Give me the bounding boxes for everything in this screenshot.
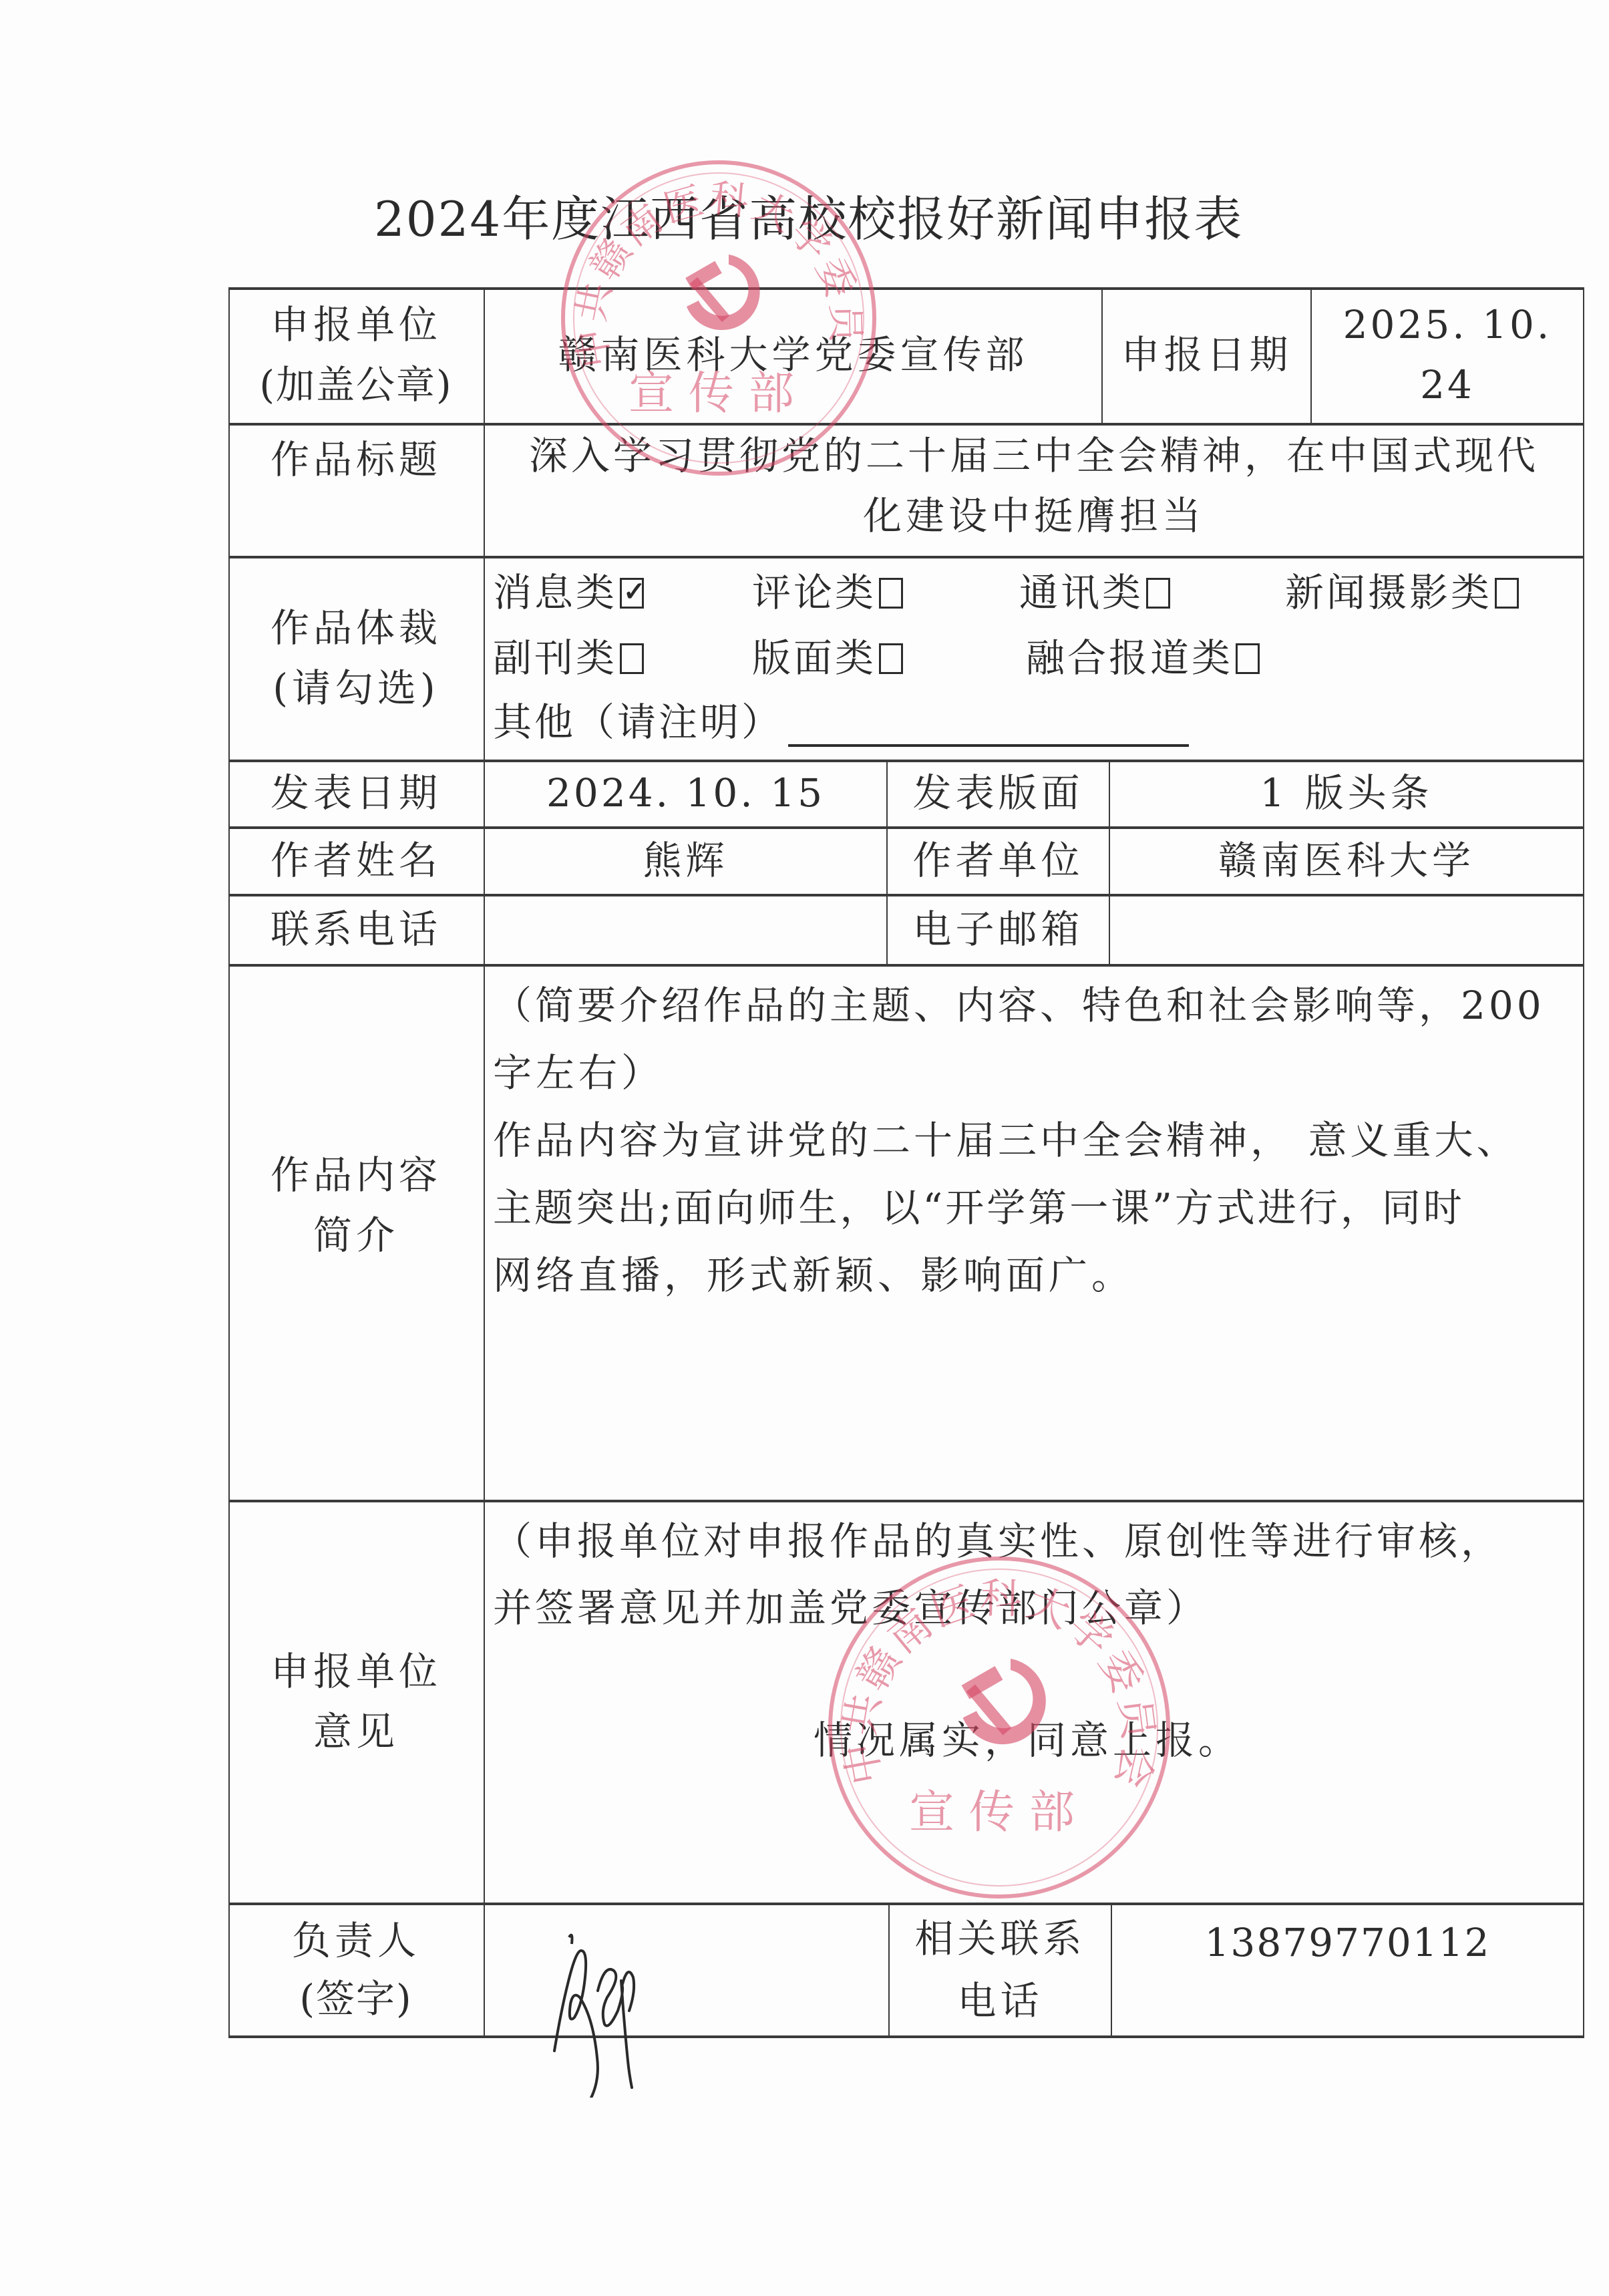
related-contact-label: 相关联系 电话 [890,1904,1111,2035]
option-label: 其他（请注明） [493,699,783,745]
email-value[interactable] [1110,895,1583,964]
author-unit-value[interactable]: 赣南医科大学 [1110,828,1583,894]
opinion-instruction: （申报单位对申报作品的真实性、原创性等进行审核， [493,1508,1503,1575]
genre-option-layout[interactable]: 版面类 [752,627,903,683]
checkbox-icon[interactable] [620,643,644,674]
opinion-text: 情况属实，同意上报。 [814,1707,1241,1774]
checkbox-icon[interactable] [1236,643,1260,674]
responsible-person-label: 负责人 (签字) [228,1904,484,2035]
other-genre-input[interactable] [788,709,1189,747]
label-text: (签字) [299,1970,412,2028]
label-text: 相关联系 [914,1908,1085,1970]
checkbox-icon[interactable] [879,643,903,674]
unit-opinion-content[interactable]: （申报单位对申报作品的真实性、原创性等进行审核， 并签署意见并加盖党委宣传部门公… [485,1501,1583,1903]
option-label: 版面类 [752,635,876,681]
label-text: (请勾选) [273,659,439,719]
author-name-label: 作者姓名 [228,828,484,894]
genre-option-integrated-report[interactable]: 融合报道类 [1026,627,1260,683]
label-text: (加盖公章) [259,355,452,416]
label-text: 作品内容 [271,1146,441,1206]
genre-label: 作品体裁 (请勾选) [228,557,484,760]
publish-page-label: 发表版面 [888,761,1109,826]
label-text: 申报单位 [271,1642,441,1702]
genre-option-news-photo[interactable]: 新闻摄影类 [1285,561,1519,617]
option-label: 新闻摄影类 [1285,570,1492,615]
work-title-label: 作品标题 [228,424,484,556]
handwritten-signature-icon [534,1911,735,2098]
publish-date-label: 发表日期 [228,761,484,826]
option-label: 消息类 [493,570,617,615]
checkbox-checked-icon[interactable] [620,578,644,609]
contact-phone-label: 联系电话 [228,895,484,964]
label-text: 申报单位 [271,295,441,355]
contact-phone-value[interactable] [485,895,886,964]
unit-opinion-label: 申报单位 意见 [228,1501,484,1903]
label-text: 意见 [313,1702,399,1762]
table-border-bottom [228,2035,1584,2038]
application-date-value[interactable]: 2025. 10. 24 [1312,287,1583,423]
genre-options: 消息类 评论类 通讯类 新闻摄影类 副刊类 版面类 融合报道类 其他（请注明） [485,557,1583,760]
intro-instruction: 字左右） [493,1039,664,1107]
checkbox-icon[interactable] [879,578,903,609]
applicant-unit-value[interactable]: 赣南医科大学党委宣传部 [485,287,1101,423]
scanned-form-page: 2024年度江西省高校校报好新闻申报表 申报单位 (加盖公章) 赣南医科大学党委… [0,0,1609,2296]
author-name-value[interactable]: 熊辉 [485,828,886,894]
genre-option-news[interactable]: 消息类 [493,561,644,617]
label-text: 简介 [313,1206,399,1266]
checkbox-icon[interactable] [1146,578,1170,609]
option-label: 通讯类 [1019,570,1143,615]
table-border-right [1583,287,1584,2038]
work-title-line: 深入学习贯彻党的二十届三中全会精神，在中国式现代 [529,426,1539,486]
checkbox-icon[interactable] [1495,578,1519,609]
form-title: 2024年度江西省高校校报好新闻申报表 [374,180,1243,250]
author-unit-label: 作者单位 [888,828,1109,894]
work-title-line: 化建设中挺膺担当 [863,486,1205,546]
work-title-value[interactable]: 深入学习贯彻党的二十届三中全会精神，在中国式现代 化建设中挺膺担当 [485,424,1583,556]
related-contact-phone-value[interactable]: 13879770112 [1112,1904,1583,2035]
email-label: 电子邮箱 [888,895,1109,964]
application-date-label: 申报日期 [1103,287,1310,423]
intro-instruction: （简要介绍作品的主题、内容、特色和社会影响等，200 [493,972,1545,1039]
application-table: 申报单位 (加盖公章) 赣南医科大学党委宣传部 申报日期 2025. 10. 2… [228,287,1584,2035]
label-text: 负责人 [292,1912,420,1970]
applicant-unit-label: 申报单位 (加盖公章) [228,287,484,423]
intro-label: 作品内容 简介 [228,965,484,1500]
intro-text: 作品内容为宣讲党的二十届三中全会精神， 意义重大、 [493,1107,1518,1174]
option-label: 评论类 [752,570,876,615]
publish-page-value[interactable]: 1 版头条 [1110,761,1583,826]
label-text: 电话 [957,1970,1043,2032]
genre-option-correspondence[interactable]: 通讯类 [1019,561,1170,617]
option-label: 融合报道类 [1026,635,1233,681]
label-text: 作品体裁 [271,599,441,659]
publish-date-value[interactable]: 2024. 10. 15 [485,761,886,826]
genre-option-commentary[interactable]: 评论类 [752,561,903,617]
genre-option-other: 其他（请注明） [493,691,1189,747]
intro-text: 主题突出;面向师生，以“开学第一课”方式进行，同时 [493,1174,1465,1242]
option-label: 副刊类 [493,635,617,681]
genre-option-supplement[interactable]: 副刊类 [493,627,644,683]
intro-content[interactable]: （简要介绍作品的主题、内容、特色和社会影响等，200 字左右） 作品内容为宣讲党… [485,965,1583,1500]
intro-text: 网络直播，形式新颖、影响面广。 [493,1242,1134,1309]
opinion-instruction: 并签署意见并加盖党委宣传部门公章） [493,1575,1208,1641]
